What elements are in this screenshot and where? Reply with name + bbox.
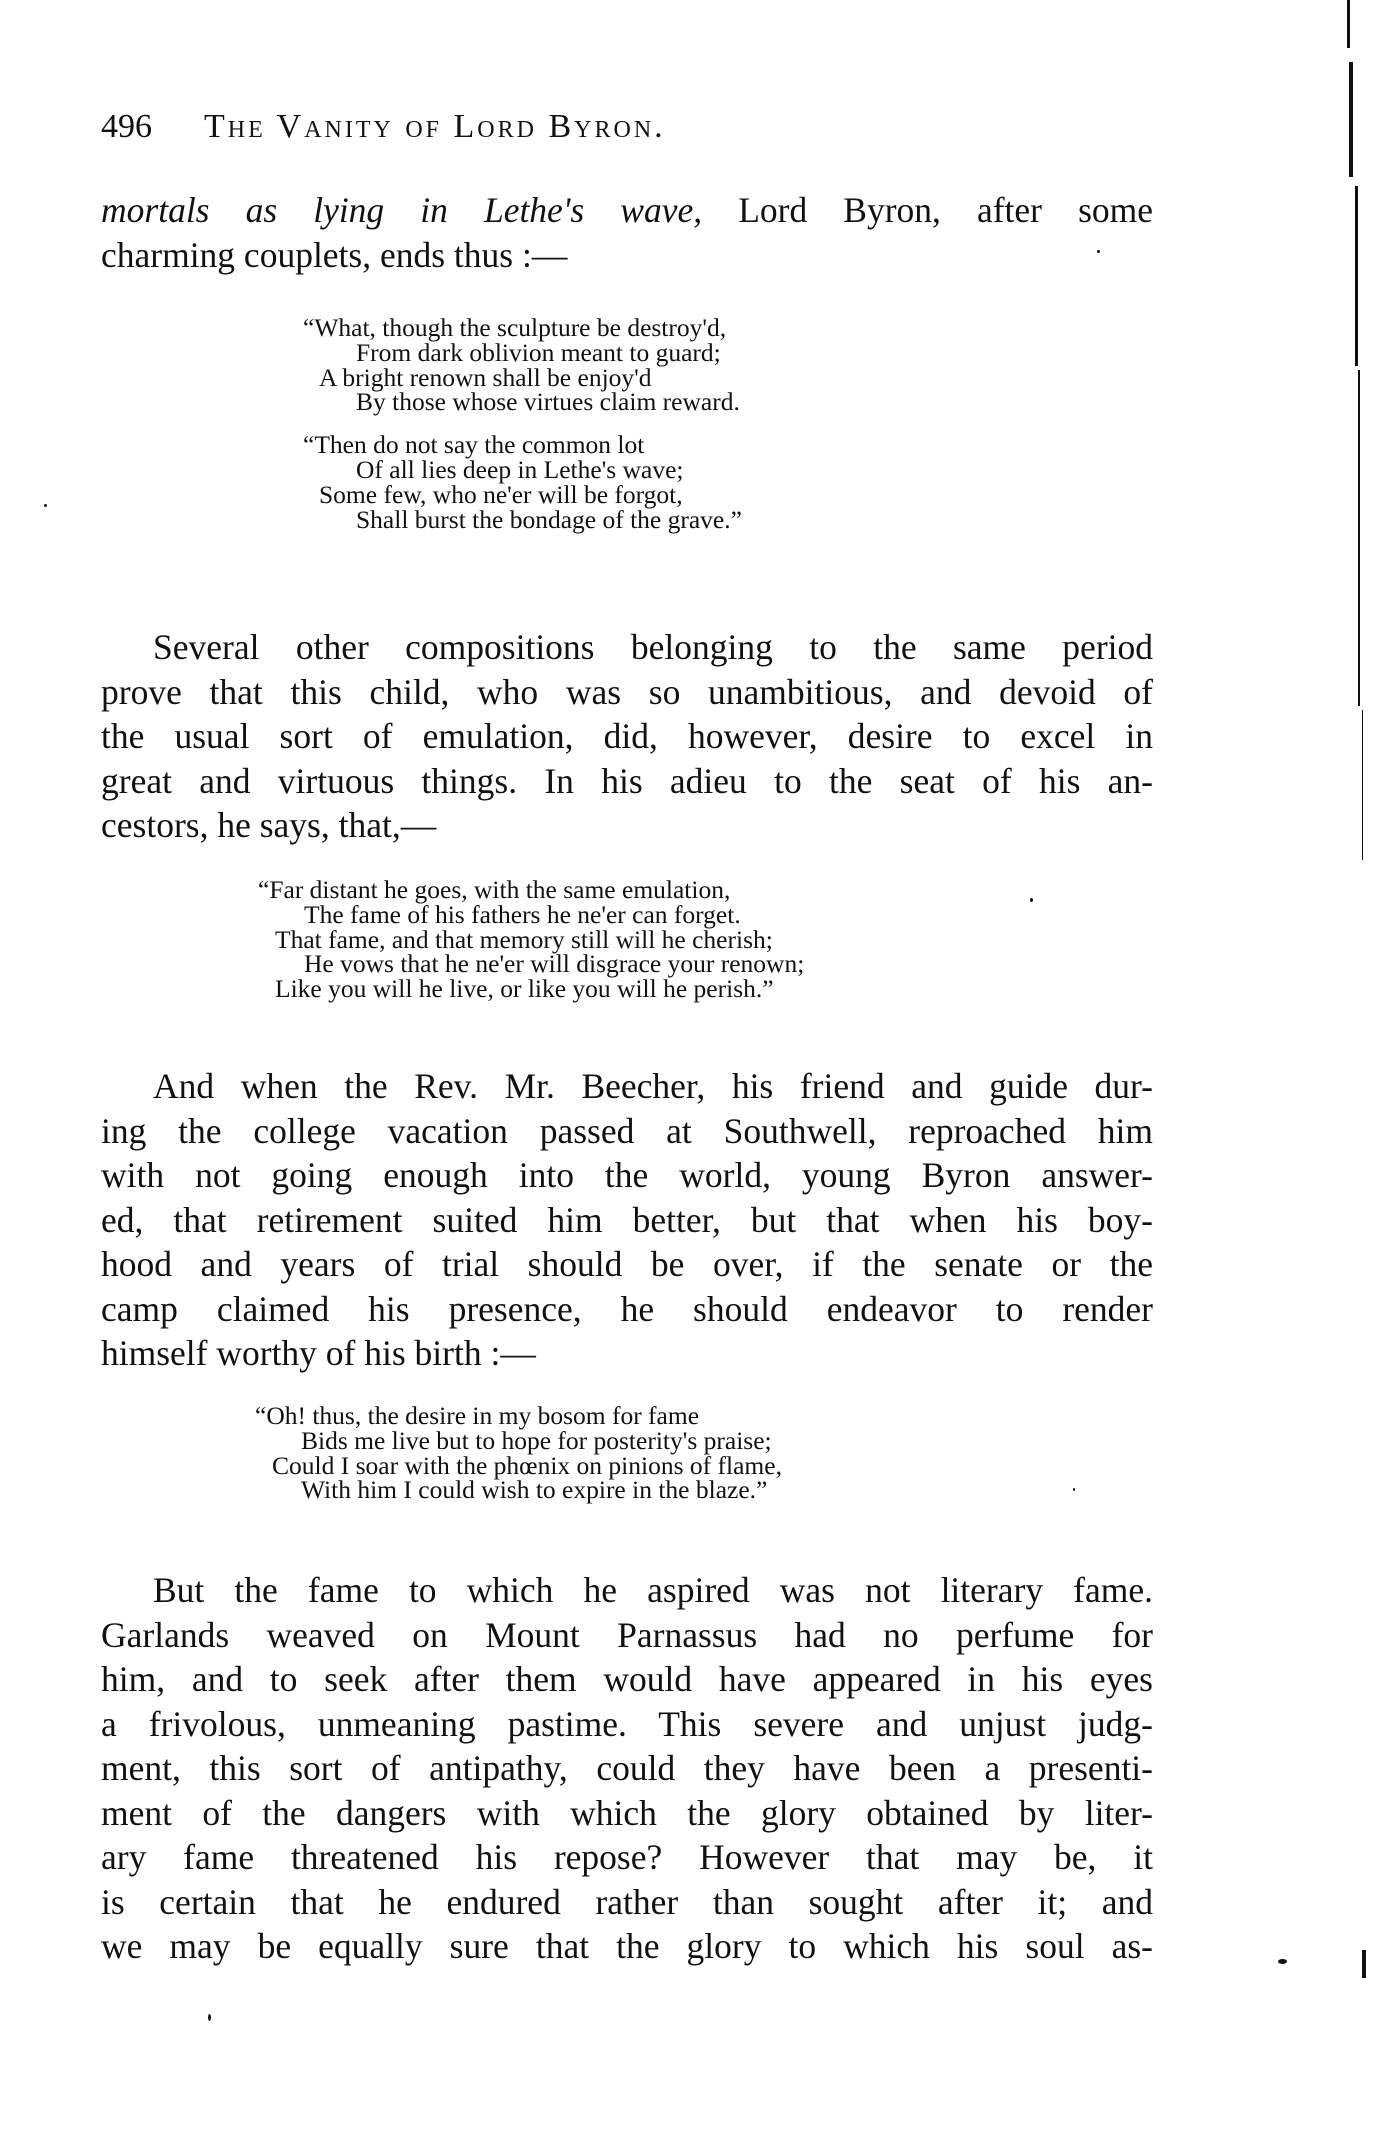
page-edge-shadow (1355, 186, 1358, 366)
text-line: with not going enough into the world, yo… (101, 1153, 1153, 1198)
text-line: him, and to seek after them would have a… (101, 1657, 1153, 1702)
ink-speck (1030, 898, 1033, 902)
verse-line: From dark oblivion meant to guard; (303, 341, 742, 366)
text-line: the usual sort of emulation, did, howeve… (101, 714, 1153, 759)
paragraph-3: But the fame to which he aspired was not… (101, 1568, 1153, 1969)
italic-quote: mortals as lying in Lethe's wave, (101, 190, 702, 230)
running-title: The Vanity of Lord Byron. (204, 108, 666, 146)
text-line: ary fame threatened his repose? However … (101, 1835, 1153, 1880)
text-line: ing the college vacation passed at South… (101, 1109, 1153, 1154)
verse-line: Like you will he live, or like you will … (258, 977, 804, 1002)
text-line: But the fame to which he aspired was not… (101, 1568, 1153, 1613)
text-line: prove that this child, who was so unambi… (101, 670, 1153, 715)
ink-speck (44, 504, 47, 507)
page-edge-shadow (1362, 710, 1363, 860)
text-line: hood and years of trial should be over, … (101, 1242, 1153, 1287)
verse-line: Some few, who ne'er will be forgot, (303, 483, 742, 508)
text-line: himself worthy of his birth :— (101, 1331, 1153, 1376)
text-line: great and virtuous things. In his adieu … (101, 759, 1153, 804)
text-line: Garlands weaved on Mount Parnassus had n… (101, 1613, 1153, 1658)
verse-line: The fame of his fathers he ne'er can for… (258, 903, 804, 928)
page-edge-shadow (1349, 62, 1353, 177)
verse-block-2: “Far distant he goes, with the same emul… (258, 878, 804, 1002)
text-line: And when the Rev. Mr. Beecher, his frien… (101, 1064, 1153, 1109)
text-line: ment, this sort of antipathy, could they… (101, 1746, 1153, 1791)
book-page: 496 The Vanity of Lord Byron. mortals as… (0, 0, 1387, 2148)
text-line: cestors, he says, that,— (101, 803, 1153, 848)
ink-speck (1073, 1488, 1075, 1491)
ink-speck (1278, 1959, 1287, 1964)
opening-paragraph: mortals as lying in Lethe's wave, Lord B… (101, 188, 1153, 277)
text-line: ment of the dangers with which the glory… (101, 1791, 1153, 1836)
text-line: camp claimed his presence, he should end… (101, 1287, 1153, 1332)
ink-speck (1097, 250, 1100, 253)
stanza: “What, though the sculpture be destroy'd… (303, 316, 742, 415)
text-line: mortals as lying in Lethe's wave, Lord B… (101, 188, 1153, 233)
text-line: we may be equally sure that the glory to… (101, 1924, 1153, 1969)
verse-line: Shall burst the bondage of the grave.” (303, 508, 742, 533)
verse-line: By those whose virtues claim reward. (303, 390, 742, 415)
stanza: “Then do not say the common lot Of all l… (303, 433, 742, 532)
text-line: is certain that he endured rather than s… (101, 1880, 1153, 1925)
page-number: 496 (101, 108, 152, 146)
verse-block-3: “Oh! thus, the desire in my bosom for fa… (255, 1404, 782, 1503)
verse-block-1: “What, though the sculpture be destroy'd… (303, 316, 742, 550)
text-line: charming couplets, ends thus :— (101, 233, 1153, 278)
ink-speck (208, 2014, 211, 2021)
text-line: a frivolous, unmeaning pastime. This sev… (101, 1702, 1153, 1747)
page-edge-shadow (1358, 370, 1360, 706)
paragraph-1: Several other compositions belonging to … (101, 625, 1153, 848)
verse-line: With him I could wish to expire in the b… (255, 1478, 782, 1503)
text-line: ed, that retirement suited him better, b… (101, 1198, 1153, 1243)
page-edge-shadow (1362, 1950, 1366, 1978)
page-edge-shadow (1347, 0, 1350, 48)
verse-line: Bids me live but to hope for posterity's… (255, 1429, 782, 1454)
text-line: Several other compositions belonging to … (101, 625, 1153, 670)
paragraph-2: And when the Rev. Mr. Beecher, his frien… (101, 1064, 1153, 1376)
running-header: 496 The Vanity of Lord Byron. (101, 108, 666, 158)
